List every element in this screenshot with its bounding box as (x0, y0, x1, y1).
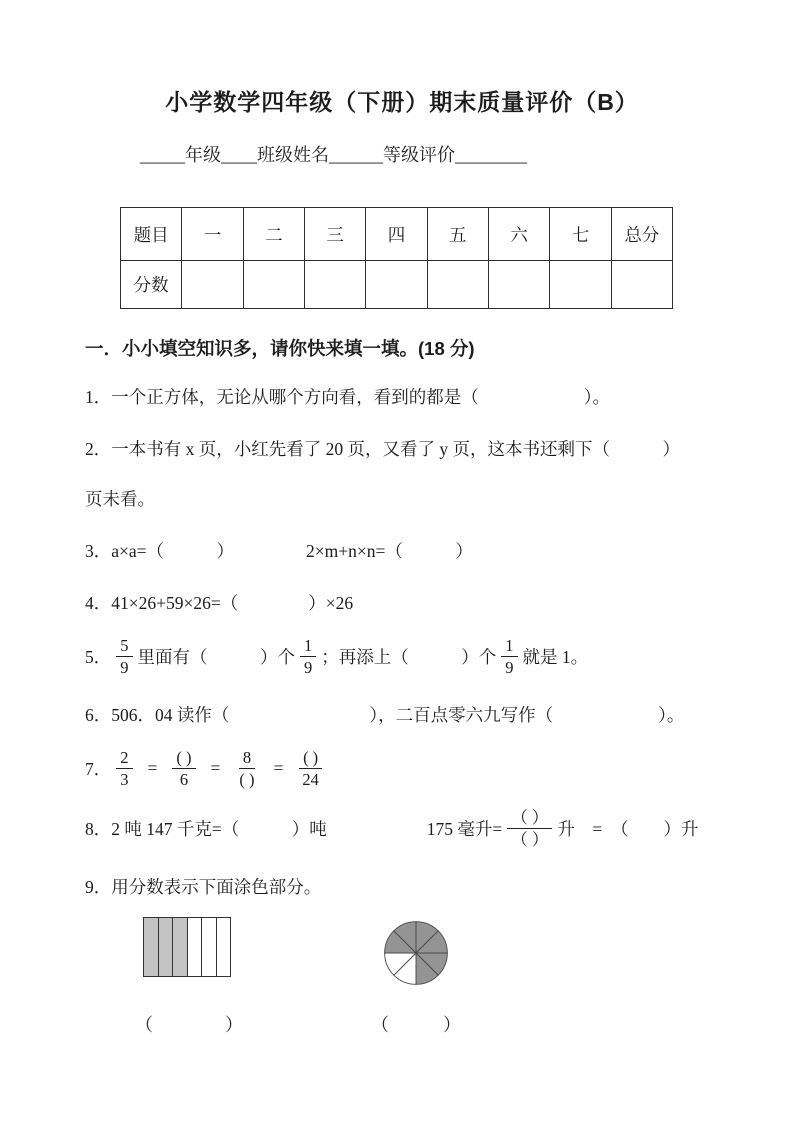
score-cell-empty (366, 261, 427, 309)
fraction-denominator: ( ) (235, 769, 258, 790)
fraction-numerator: 8 (239, 747, 255, 769)
fraction-strip-rectangle (143, 917, 231, 977)
equals-sign: = (148, 758, 158, 779)
question-9-figures (85, 917, 719, 991)
question-2-line-2: 页未看。 (85, 484, 719, 515)
question-3: 3．a×a=（ ）2×m+n×n=（ ） (85, 536, 719, 567)
unshaded-strip (217, 918, 231, 976)
unshaded-strip (188, 918, 203, 976)
name-blank: ______ (329, 145, 383, 165)
score-table-score-row: 分数 (121, 261, 673, 309)
fraction-numerator: 1 (300, 635, 316, 657)
score-cell-empty (182, 261, 243, 309)
rating-label: 等级评价 (383, 145, 455, 165)
fraction-denominator: 9 (116, 657, 132, 678)
circle-answer-blank: （ ） (371, 1011, 461, 1037)
score-table-header-cell: 二 (243, 208, 304, 261)
rectangle-answer-blank: （ ） (135, 1011, 243, 1037)
equals-sign: = (274, 758, 284, 779)
unshaded-strip (202, 918, 217, 976)
fraction-denominator: 24 (298, 769, 323, 790)
fraction-blank-6: ( ) 6 (172, 747, 195, 791)
fraction-denominator: （ ） (507, 829, 552, 850)
fraction-blank-blank: （ ） （ ） (507, 807, 552, 851)
fraction-1-9: 1 9 (501, 635, 517, 679)
score-table-header-cell: 三 (304, 208, 365, 261)
question-2-line-1: 2．一本书有 x 页，小红先看了 20 页，又看了 y 页，这本书还剩下（ ） (85, 434, 719, 465)
score-cell-empty (243, 261, 304, 309)
rating-blank: ________ (455, 145, 527, 165)
score-cell-empty (550, 261, 611, 309)
score-table-corner-cell: 题目 (121, 208, 182, 261)
fraction-numerator: 2 (116, 747, 132, 769)
score-table-header-cell: 一 (182, 208, 243, 261)
score-cell-empty (304, 261, 365, 309)
question-5-text-3: 就是 1。 (523, 644, 589, 669)
grade-label: 年级 (185, 145, 221, 165)
shaded-strip (173, 918, 188, 976)
fraction-8-blank: 8 ( ) (235, 747, 258, 791)
question-8: 8．2 吨 147 千克=（ ）吨 175 毫升= （ ） （ ） 升 = （ … (85, 807, 719, 851)
page-title: 小学数学四年级（下册）期末质量评价（B） (85, 84, 719, 117)
question-9-answers: （ ） （ ） (85, 1011, 719, 1037)
question-1: 1．一个正方体，无论从哪个方向看，看到的都是（ ）。 (85, 382, 719, 413)
question-5-text-2: ；再添上（ ）个 (321, 644, 496, 669)
fraction-numerator: ( ) (172, 747, 195, 769)
fraction-2-3: 2 3 (116, 747, 132, 791)
fraction-denominator: 6 (176, 769, 192, 790)
score-cell-empty (611, 261, 672, 309)
section-1-heading: 一．小小填空知识多，请你快来填一填。(18 分) (85, 335, 719, 361)
fraction-denominator: 9 (501, 657, 517, 678)
class-label: 班级 (257, 145, 293, 165)
question-5-prefix: 5． (85, 644, 111, 669)
question-7-prefix: 7． (85, 756, 111, 781)
question-7: 7． 2 3 = ( ) 6 = 8 ( ) = ( ) 24 (85, 747, 719, 791)
question-3-left: 3．a×a=（ ） (85, 541, 234, 561)
fraction-denominator: 9 (300, 657, 316, 678)
exam-paper-page: 小学数学四年级（下册）期末质量评价（B） _____年级____班级姓名____… (0, 0, 794, 1122)
question-5-text-1: 里面有（ ）个 (138, 644, 296, 669)
score-table-header-row: 题目一二三四五六七总分 (121, 208, 673, 261)
score-table-header-cell: 六 (488, 208, 549, 261)
fraction-pie-circle (383, 920, 449, 986)
question-4: 4．41×26+59×26=（ ）×26 (85, 588, 719, 619)
score-table-header-cell: 四 (366, 208, 427, 261)
fraction-numerator: 1 (501, 635, 517, 657)
fraction-numerator: ( ) (299, 747, 322, 769)
shaded-strip (159, 918, 174, 976)
score-cell-empty (488, 261, 549, 309)
fraction-numerator: 5 (116, 635, 132, 657)
class-blank: ____ (221, 145, 257, 165)
question-9: 9．用分数表示下面涂色部分。 (85, 872, 719, 903)
fraction-5-9: 5 9 (116, 635, 132, 679)
score-table-header-cell: 五 (427, 208, 488, 261)
question-3-right: 2×m+n×n=（ ） (306, 541, 473, 561)
fraction-pie-wrap (383, 920, 449, 991)
shaded-strip (144, 918, 159, 976)
name-label: 姓名 (293, 145, 329, 165)
score-row-label: 分数 (121, 261, 182, 309)
question-8-right-suffix: 升 = （ ）升 (557, 816, 698, 841)
question-5: 5． 5 9 里面有（ ）个 1 9 ；再添上（ ）个 1 9 就是 1。 (85, 635, 719, 679)
question-8-right-prefix: 175 毫升= (427, 816, 503, 841)
fraction-blank-24: ( ) 24 (298, 747, 323, 791)
score-table-header-cell: 七 (550, 208, 611, 261)
grade-blank: _____ (140, 145, 185, 165)
score-table: 题目一二三四五六七总分 分数 (120, 207, 673, 309)
question-6: 6．506．04 读作（ ），二百点零六九写作（ ）。 (85, 700, 719, 731)
score-table-header-cell: 总分 (611, 208, 672, 261)
student-info-line: _____年级____班级姓名______等级评价________ (140, 141, 719, 167)
fraction-denominator: 3 (116, 769, 132, 790)
score-cell-empty (427, 261, 488, 309)
equals-sign: = (211, 758, 221, 779)
question-8-left: 8．2 吨 147 千克=（ ）吨 (85, 816, 327, 841)
fraction-1-9: 1 9 (300, 635, 316, 679)
fraction-numerator: （ ） (507, 807, 552, 829)
